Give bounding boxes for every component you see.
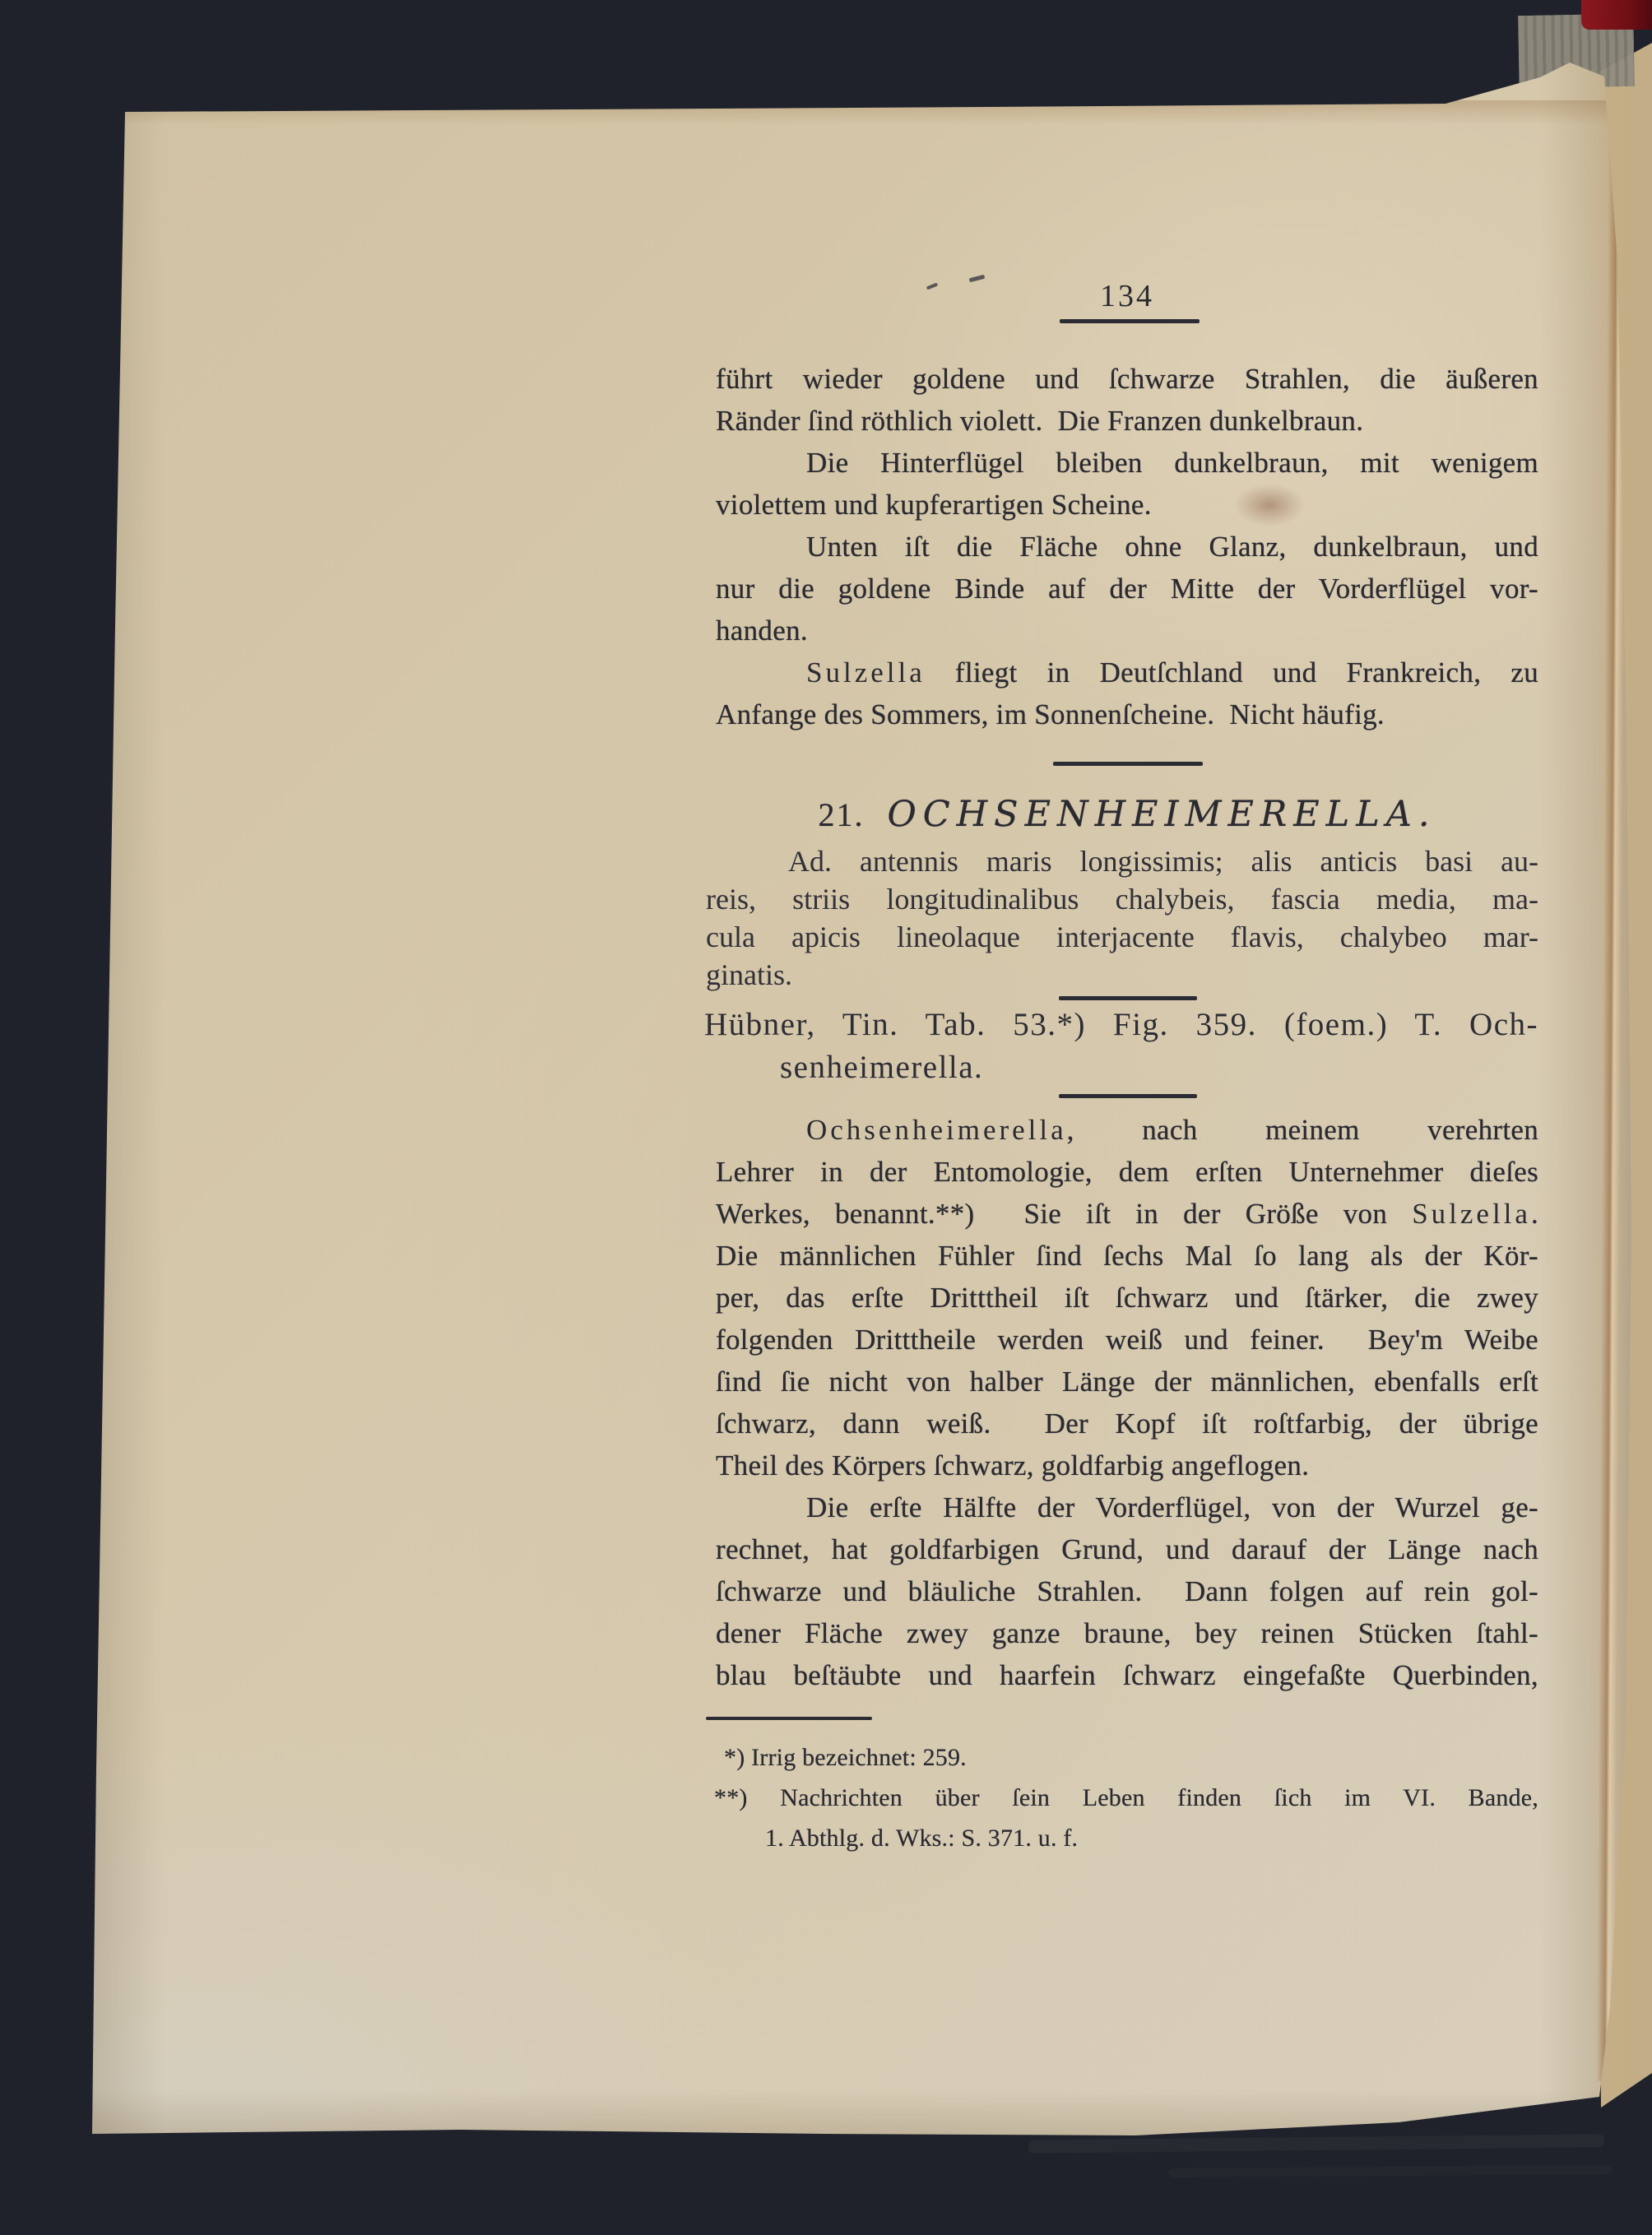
- bottom-edge-shadow: [90, 2089, 1613, 2139]
- text-line: **) Nachrichten über ſein Leben finden ſ…: [714, 1778, 1538, 1818]
- text-line: senheimerella.: [704, 1046, 1538, 1089]
- text-line: nur die goldene Binde auf der Mitte der …: [716, 568, 1538, 610]
- text-line: ſchwarze und bläuliche Strahlen. Dann fo…: [716, 1570, 1538, 1612]
- scanned-book-photo: 134 führt wieder goldene und ſchwarze St…: [0, 0, 1652, 2235]
- text-line: Ochsenheimerella, nach meinem verehrten: [716, 1109, 1538, 1151]
- text-line: 21. OCHSENHEIMERELLA.: [716, 791, 1538, 840]
- text-line: *) Irrig bezeichnet: 259.: [714, 1737, 1538, 1778]
- reference-separator-rule: [1059, 1094, 1197, 1098]
- page-number-rule: [1060, 319, 1200, 323]
- book-block-edge-streak: [1028, 2134, 1604, 2153]
- text-line: Anfange des Sommers, im Sonnenſcheine. N…: [716, 693, 1538, 735]
- diagnosis-separator-rule: [1059, 996, 1197, 1000]
- text-line: reis, striis longitudinalibus chalybeis,…: [706, 880, 1538, 918]
- red-spine-patch: [1581, 0, 1652, 30]
- latin-diagnosis: Ad. antennis maris longissimis; alis ant…: [706, 842, 1538, 994]
- text-line: Ränder ſind röthlich violett. Die Franze…: [716, 400, 1538, 442]
- top-edge-shadow: [123, 100, 1617, 125]
- footnote-rule: [706, 1717, 872, 1720]
- text-line: Unten iſt die Fläche ohne Glanz, dunkelb…: [716, 526, 1538, 568]
- text-line: Die Hinterflügel bleiben dunkelbraun, mi…: [716, 442, 1538, 484]
- text-line: Die erſte Hälfte der Vorderflügel, von d…: [716, 1486, 1538, 1528]
- text-line: cula apicis lineolaque interjacente flav…: [706, 918, 1538, 956]
- text-line: folgenden Dritttheile werden weiß und fe…: [716, 1319, 1538, 1361]
- book-page: 134 führt wieder goldene und ſchwarze St…: [0, 0, 1652, 2235]
- text-line: handen.: [716, 610, 1538, 651]
- paragraph-sulzella: führt wieder goldene und ſchwarze Strahl…: [716, 358, 1538, 735]
- section-separator-rule: [1053, 762, 1203, 766]
- text-line: 1. Abthlg. d. Wks.: S. 371. u. f.: [714, 1818, 1538, 1858]
- text-line: ſchwarz, dann weiß. Der Kopf iſt roſtfar…: [716, 1403, 1538, 1444]
- text-line: ginatis.: [706, 956, 1538, 994]
- text-line: Theil des Körpers ſchwarz, goldfarbig an…: [716, 1444, 1538, 1486]
- page-number: 134: [716, 278, 1538, 314]
- text-line: Hübner, Tin. Tab. 53.*) Fig. 359. (foem.…: [704, 1004, 1538, 1046]
- text-line: ſind ſie nicht von halber Länge der männ…: [716, 1361, 1538, 1403]
- footnotes: *) Irrig bezeichnet: 259.**) Nachrichten…: [714, 1737, 1538, 1858]
- text-line: Ad. antennis maris longissimis; alis ant…: [706, 842, 1538, 880]
- description-paragraphs: Ochsenheimerella, nach meinem verehrtenL…: [716, 1109, 1538, 1696]
- text-line: violettem und kupferartigen Scheine.: [716, 484, 1538, 526]
- text-line: dener Fläche zwey ganze braune, bey rein…: [716, 1612, 1538, 1654]
- reference-citation: Hübner, Tin. Tab. 53.*) Fig. 359. (foem.…: [704, 1004, 1538, 1089]
- text-line: Die männlichen Fühler ſind ſechs Mal ſo …: [716, 1235, 1538, 1277]
- text-line: Lehrer in der Entomologie, dem erſten Un…: [716, 1151, 1538, 1193]
- gutter-crease-shadow: [1540, 49, 1632, 2106]
- text-line: blau beſtäubte und haarfein ſchwarz eing…: [716, 1654, 1538, 1696]
- book-block-edge-streak: [1168, 2165, 1613, 2177]
- text-line: Sulzella fliegt in Deutſchland und Frank…: [716, 651, 1538, 693]
- text-line: per, das erſte Dritttheil iſt ſchwarz un…: [716, 1277, 1538, 1319]
- text-line: rechnet, hat goldfarbigen Grund, und dar…: [716, 1528, 1538, 1570]
- section-heading: 21. OCHSENHEIMERELLA.: [716, 791, 1538, 840]
- text-line: führt wieder goldene und ſchwarze Strahl…: [716, 358, 1538, 400]
- left-edge-shadow: [90, 107, 165, 2139]
- text-line: Werkes, benannt.**) Sie iſt in der Größe…: [716, 1193, 1538, 1235]
